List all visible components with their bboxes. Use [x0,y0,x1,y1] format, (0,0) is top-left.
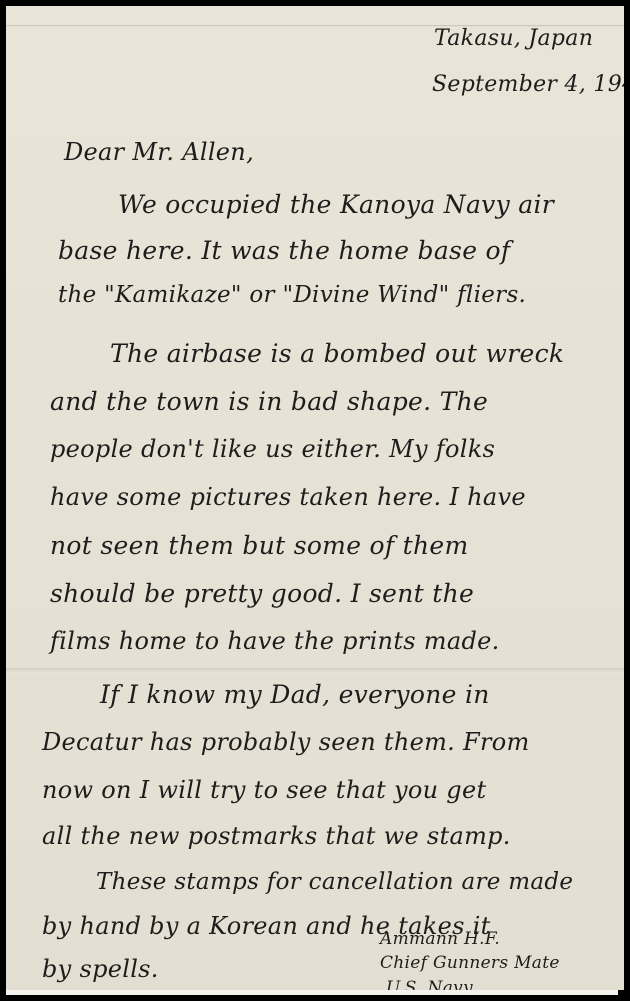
signature-rank: Chief Gunners Mate [380,955,560,972]
letter-place: Takasu, Japan [434,28,593,50]
letter-line: and the town is in bad shape. The [50,389,488,414]
letter-salutation: Dear Mr. Allen, [64,140,254,164]
letter-date: September 4, 1945 [432,74,624,96]
letter-line: The airbase is a bombed out wreck [110,341,564,366]
scan-edge [6,990,618,995]
letter-line: These stamps for cancellation are made [96,871,573,894]
letter-line: films home to have the prints made. [50,629,500,653]
signature-name: Ammann H.F. [380,931,500,948]
letter-line: the "Kamikaze" or "Divine Wind" fliers. [58,284,526,307]
letter-line: have some pictures taken here. I have [50,485,526,509]
letter-line: by spells. [42,957,159,981]
letter-line: If I know my Dad, everyone in [100,682,490,707]
letter-line: people don't like us either. My folks [50,437,495,461]
letter-line: all the new postmarks that we stamp. [42,824,511,848]
letter-page: Takasu, Japan September 4, 1945 Dear Mr.… [6,6,624,990]
signature-service: U.S. Navy [386,980,473,990]
letter-line: now on I will try to see that you get [42,778,486,802]
letter-line: Decatur has probably seen them. From [42,730,530,754]
fold-line [6,668,624,674]
letter-line: should be pretty good. I sent the [50,581,474,606]
letter-line: We occupied the Kanoya Navy air [118,192,554,217]
letter-line: base here. It was the home base of [58,238,510,263]
letter-line: not seen them but some of them [50,533,469,558]
